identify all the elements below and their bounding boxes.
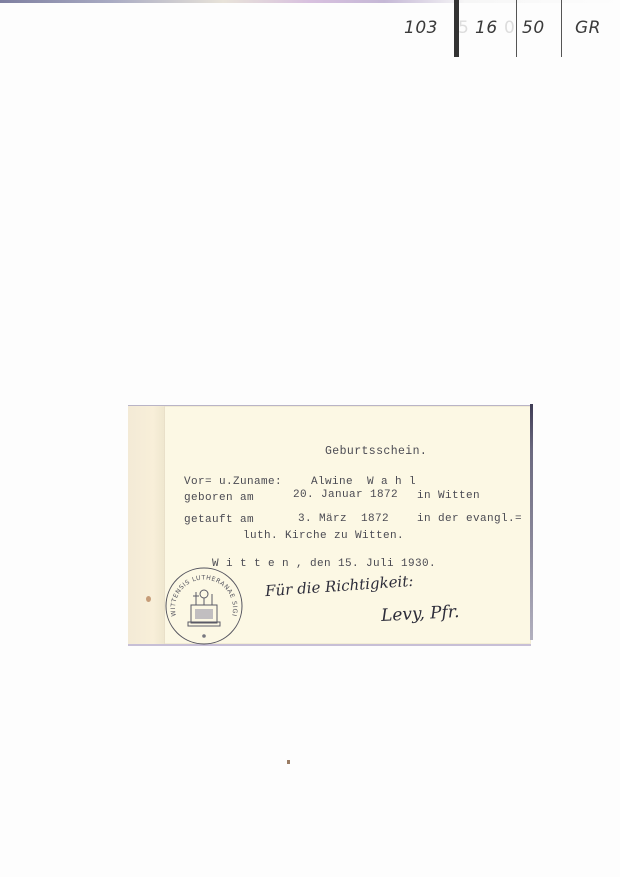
- archive-divider: [516, 0, 517, 57]
- name-label: Vor= u.Zuname:: [184, 476, 282, 488]
- name-value: Alwine W a h l: [311, 476, 416, 488]
- issue-place-date: W i t t e n , den 15. Juli 1930.: [212, 558, 436, 570]
- archive-number-2: 16: [475, 18, 498, 38]
- certification-handwritten: Für die Richtigkeit:: [265, 572, 414, 600]
- baptism-date: 3. März 1872: [298, 513, 389, 525]
- paper-speck: [287, 760, 290, 764]
- certificate-title: Geburtsschein.: [325, 445, 427, 458]
- archive-label: 103 5 16 0 50 GR: [395, 0, 620, 58]
- archive-number-1: 103: [404, 18, 438, 38]
- ghost-mark: 5: [458, 18, 469, 38]
- baptism-label: getauft am: [184, 514, 254, 526]
- archive-number-3: 50: [522, 18, 545, 38]
- paper-fold-strip: [128, 406, 165, 644]
- rust-spot: [146, 596, 151, 602]
- baptism-place-line1: in der evangl.=: [417, 513, 522, 525]
- archive-code: GR: [575, 18, 601, 38]
- archive-divider: [561, 0, 562, 57]
- baptism-place-line2: luth. Kirche zu Witten.: [243, 530, 404, 542]
- pastor-signature: Levy, Pfr.: [381, 602, 460, 626]
- birth-place: in Witten: [417, 490, 480, 502]
- paper-right-edge: [530, 404, 533, 640]
- ghost-mark: 0: [504, 18, 515, 38]
- church-seal-icon: WITTENSIS LUTHERANAE SIGILL. ECCLES.: [164, 566, 244, 646]
- birth-date: 20. Januar 1872: [293, 489, 398, 501]
- birth-certificate: Geburtsschein. Vor= u.Zuname: Alwine W a…: [128, 405, 531, 646]
- birth-label: geboren am: [184, 492, 254, 504]
